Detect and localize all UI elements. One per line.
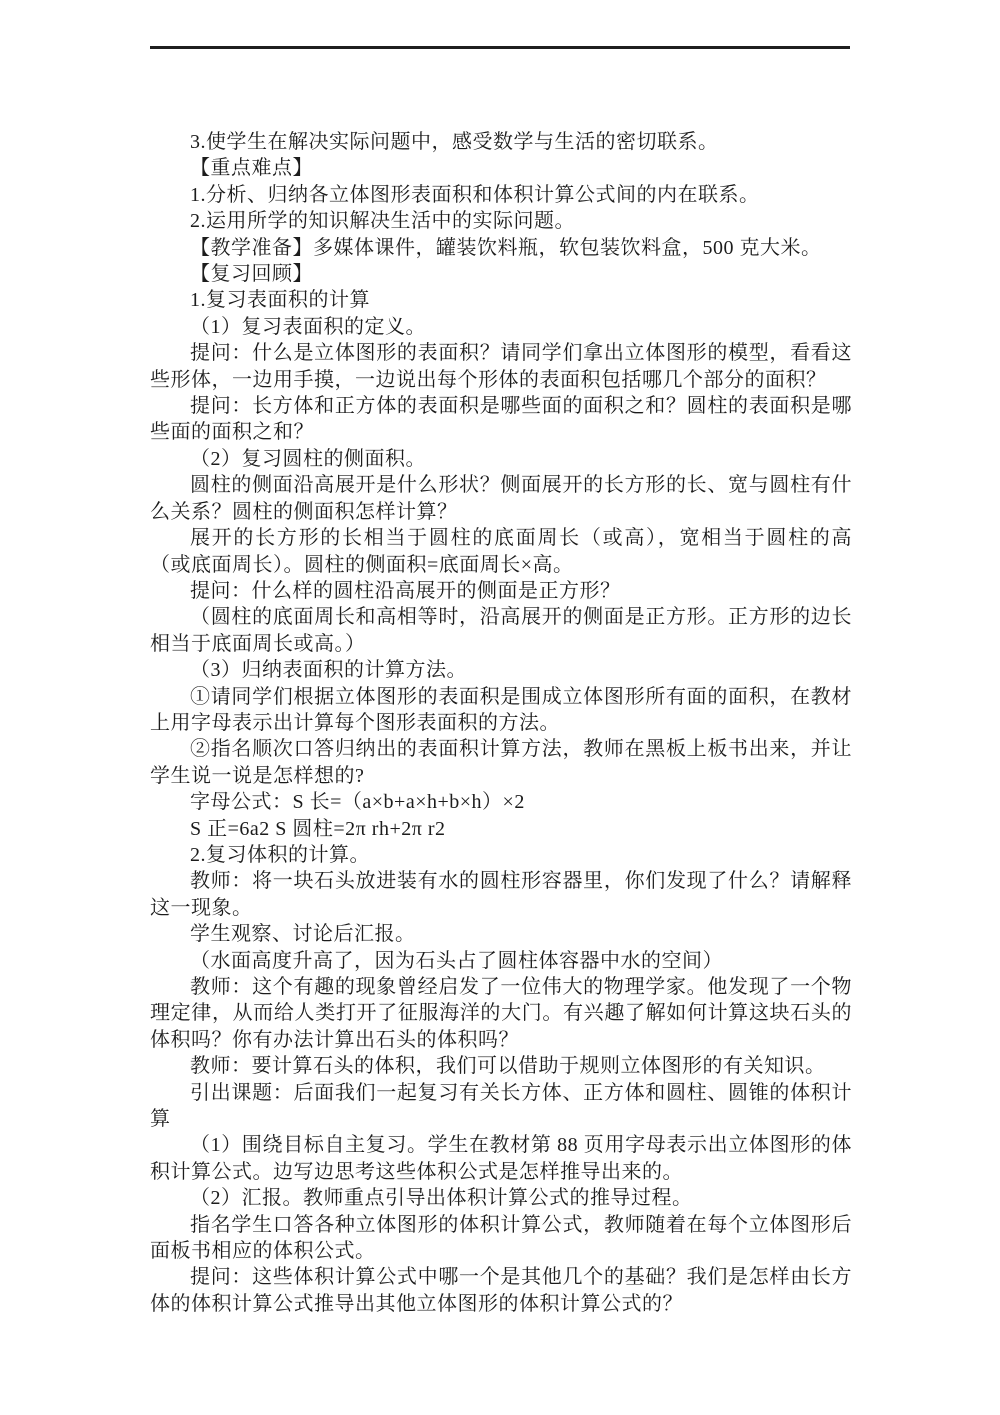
paragraph: 提问：什么是立体图形的表面积？请同学们拿出立体图形的模型，看看这些形体，一边用手… [150, 340, 852, 393]
document-page: 3.使学生在解决实际问题中，感受数学与生活的密切联系。 【重点难点】 1.分析、… [0, 0, 1000, 1415]
paragraph: 教师：要计算石头的体积，我们可以借助于规则立体图形的有关知识。 [150, 1053, 852, 1079]
paragraph: 提问：这些体积计算公式中哪一个是其他几个的基础？我们是怎样由长方体的体积计算公式… [150, 1264, 852, 1317]
paragraph: 学生观察、讨论后汇报。 [150, 921, 852, 947]
paragraph: ①请同学们根据立体图形的表面积是围成立体图形所有面的面积，在教材上用字母表示出计… [150, 684, 852, 737]
paragraph: 圆柱的侧面沿高展开是什么形状？侧面展开的长方形的长、宽与圆柱有什么关系？圆柱的侧… [150, 472, 852, 525]
paragraph: （圆柱的底面周长和高相等时，沿高展开的侧面是正方形。正方形的边长相当于底面周长或… [150, 604, 852, 657]
paragraph: 展开的长方形的长相当于圆柱的底面周长（或高），宽相当于圆柱的高（或底面周长）。圆… [150, 525, 852, 578]
paragraph: （2）复习圆柱的侧面积。 [150, 446, 852, 472]
paragraph: 提问：什么样的圆柱沿高展开的侧面是正方形？ [150, 578, 852, 604]
header-rule [150, 46, 850, 49]
document-body: 3.使学生在解决实际问题中，感受数学与生活的密切联系。 【重点难点】 1.分析、… [150, 129, 852, 1317]
paragraph: 3.使学生在解决实际问题中，感受数学与生活的密切联系。 [150, 129, 852, 155]
paragraph: （1）复习表面积的定义。 [150, 314, 852, 340]
paragraph: 提问：长方体和正方体的表面积是哪些面的面积之和？圆柱的表面积是哪些面的面积之和？ [150, 393, 852, 446]
paragraph-heading: 【教学准备】多媒体课件，罐装饮料瓶，软包装饮料盒，500 克大米。 [150, 235, 852, 261]
paragraph: 2.复习体积的计算。 [150, 842, 852, 868]
paragraph: 指名学生口答各种立体图形的体积计算公式，教师随着在每个立体图形后面板书相应的体积… [150, 1212, 852, 1265]
paragraph: 2.运用所学的知识解决生活中的实际问题。 [150, 208, 852, 234]
paragraph: （水面高度升高了，因为石头占了圆柱体容器中水的空间） [150, 948, 852, 974]
formula-line: 字母公式：S 长=（a×b+a×h+b×h）×2 [150, 789, 852, 815]
paragraph-heading: 【复习回顾】 [150, 261, 852, 287]
paragraph: （1）围绕目标自主复习。学生在教材第 88 页用字母表示出立体图形的体积计算公式… [150, 1132, 852, 1185]
paragraph: 教师：将一块石头放进装有水的圆柱形容器里，你们发现了什么？请解释这一现象。 [150, 868, 852, 921]
paragraph: 引出课题：后面我们一起复习有关长方体、正方体和圆柱、圆锥的体积计算 [150, 1080, 852, 1133]
paragraph: （2）汇报。教师重点引导出体积计算公式的推导过程。 [150, 1185, 852, 1211]
paragraph: ②指名顺次口答归纳出的表面积计算方法，教师在黑板上板书出来，并让学生说一说是怎样… [150, 736, 852, 789]
paragraph: （3）归纳表面积的计算方法。 [150, 657, 852, 683]
paragraph-heading: 【重点难点】 [150, 155, 852, 181]
paragraph: 教师：这个有趣的现象曾经启发了一位伟大的物理学家。他发现了一个物理定律，从而给人… [150, 974, 852, 1053]
paragraph: 1.分析、归纳各立体图形表面积和体积计算公式间的内在联系。 [150, 182, 852, 208]
paragraph: 1.复习表面积的计算 [150, 287, 852, 313]
formula-line: S 正=6a2 S 圆柱=2π rh+2π r2 [150, 816, 852, 842]
